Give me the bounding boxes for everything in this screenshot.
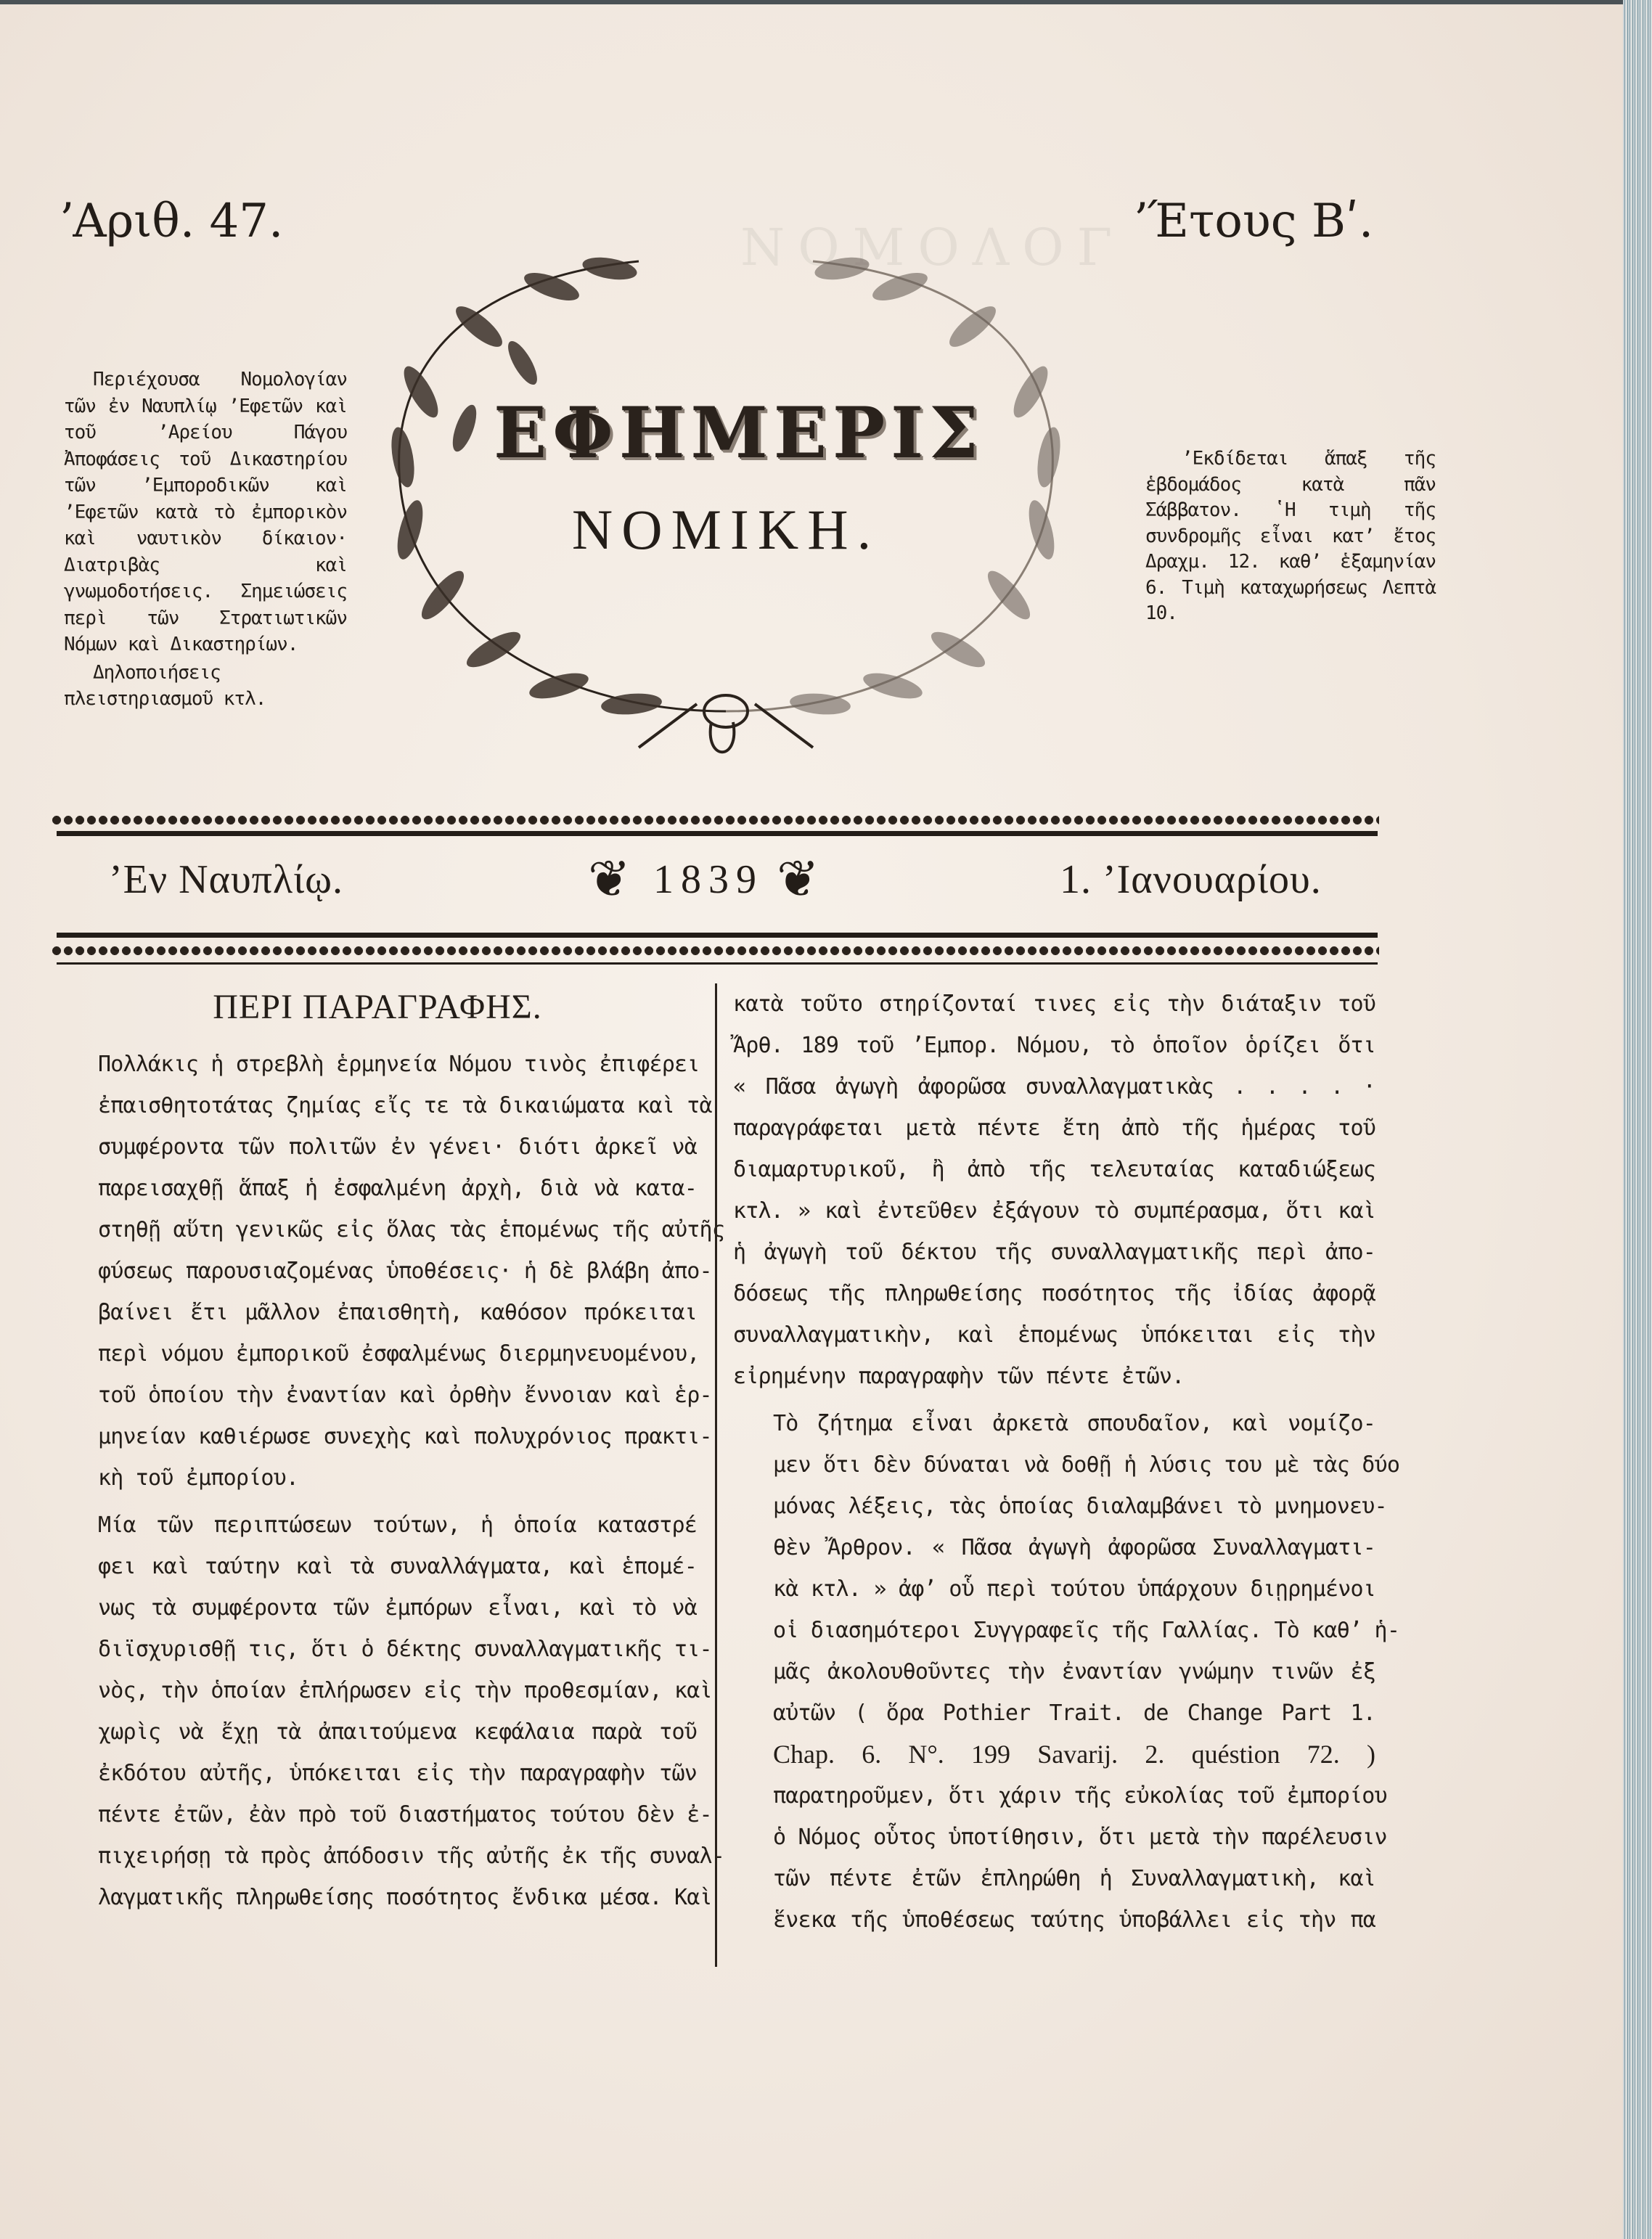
ornamental-rule-top-dots [51,811,1379,829]
text-line: πέντε ἐτῶν, ἐὰν πρὸ τοῦ διαστήματος τούτ… [58,1794,697,1835]
text-line: συμφέροντα τῶν πολιτῶν ἐν γένει· διότι ἀ… [58,1126,697,1168]
text-line: αὐτῶν ( ὅρα Pothier Trait. de Change Par… [733,1692,1375,1734]
text-line: κὰ κτλ. » ἀφʼ οὗ περὶ τούτου ὑπάρχουν δι… [733,1568,1375,1610]
text-line: μεν ὅτι δὲν δύναται νὰ δοθῇ ἡ λύσις του … [733,1444,1375,1486]
column-divider [715,983,717,1967]
subscription-note: ʼΕκδίδεται ἅπαξ τῆς ἑβδομάδος κατὰ πᾶν Σ… [1145,446,1436,627]
left-column: Πολλάκις ἡ στρεβλὴ ἑρμηνεία Νόμου τινὸς … [58,1044,697,1918]
issue-number: ʼΑριθ. 47. [58,195,283,248]
text-line: κτλ. » καὶ ἐντεῦθεν ἐξάγουν τὸ συμπέρασμ… [733,1190,1375,1232]
laurel-wreath-icon [334,210,1118,777]
masthead-subtitle: ΝΟΜΙΚΗ. [494,497,958,562]
masthead-title: ΕΦΗΜΕΡΙΣ [494,392,958,474]
fleuron-left-icon: ❦ [588,849,631,909]
ornamental-rule-bottom-dots [51,942,1379,959]
text-line: μηνείαν καθιέρωσε συνεχὴς καὶ πολυχρόνιο… [58,1416,697,1457]
text-line: νως τὰ συμφέροντα τῶν ἐμπόρων εἶναι, καὶ… [58,1587,697,1629]
text-line: κατὰ τοῦτο στηρίζονταί τινες εἰς τὴν διά… [733,983,1375,1025]
fleuron-right-icon: ❦ [777,849,819,909]
text-line: οἱ διασημότεροι Συγγραφεῖς τῆς Γαλλίας. … [733,1610,1375,1651]
text-line: « Πᾶσα ἀγωγὴ ἀφορῶσα συναλλαγματικὰς . .… [733,1066,1375,1108]
text-line: βαίνει ἔτι μᾶλλον ἐπαισθητὴ, καθόσον πρό… [58,1292,697,1333]
contents-note-auctions: Δηλοποιήσεις πλειστηριασμοῦ κτλ. [64,660,347,713]
paragraph: κατὰ τοῦτο στηρίζονταί τινες εἰς τὴν διά… [733,983,1375,1397]
contents-note-body: Περιέχουσα Νομολογίαν τῶν ἐν Ναυπλίῳ ʼΕφ… [64,367,347,658]
text-line: παραγράφεται μετὰ πέντε ἔτη ἀπὸ τῆς ἡμέρ… [733,1108,1375,1149]
page-stack-edge [1623,0,1652,2239]
text-line: στηθῇ αὕτη γενικῶς εἰς ὅλας τὰς ἑπομένως… [58,1209,697,1251]
text-line: μᾶς ἀκολουθοῦντες τὴν ἐναντίαν γνώμην τι… [733,1651,1375,1692]
text-line: ὁ Νόμος οὗτος ὑποτίθησιν, ὅτι μετὰ τὴν π… [733,1817,1375,1858]
dateline-date: 1. ʼΙανουαρίου. [1060,856,1322,903]
newspaper-page: ΝΟΜΟΛΟΓ ʼΑριθ. 47. ʼΈτους Βʹ. Περιέχουσα… [0,0,1623,2239]
book-top-edge [0,0,1652,4]
text-line: χωρὶς νὰ ἔχῃ τὰ ἀπαιτούμενα κεφάλαια παρ… [58,1711,697,1753]
text-line: ἐπαισθητοτάτας ζημίας εἴς τε τὰ δικαιώμα… [58,1085,697,1126]
text-line: Μία τῶν περιπτώσεων τούτων, ἡ ὁποία κατα… [58,1505,697,1546]
text-line: ἕνεκα τῆς ὑποθέσεως ταύτης ὑποβάλλει εἰς… [733,1899,1375,1941]
text-line: τοῦ ὁποίου τὴν ἐναντίαν καὶ ὀρθὴν ἔννοια… [58,1375,697,1416]
text-line: ἐκδότου αὐτῆς, ὑπόκειται εἰς τὴν παραγρα… [58,1753,697,1794]
dateline-place: ʼΕν Ναυπλίῳ. [109,856,343,903]
rule-bottom [57,933,1378,938]
right-column: κατὰ τοῦτο στηρίζονταί τινες εἰς τὴν διά… [733,983,1375,1941]
text-line: Πολλάκις ἡ στρεβλὴ ἑρμηνεία Νόμου τινὸς … [58,1044,697,1085]
text-line: συναλλαγματικὴν, καὶ ἑπομένως ὑπόκειται … [733,1314,1375,1356]
text-line: διαμαρτυρικοῦ, ἢ ἀπὸ τῆς τελευταίας κατα… [733,1149,1375,1190]
text-line: νὸς, τὴν ὁποίαν ἐπλήρωσεν εἰς τὴν προθεσ… [58,1670,697,1711]
text-line: πιχειρήσῃ τὰ πρὸς ἀπόδοσιν τῆς αὐτῆς ἐκ … [58,1835,697,1877]
text-line: θὲν Ἄρθρον. « Πᾶσα ἀγωγὴ ἀφορῶσα Συναλλα… [733,1527,1375,1568]
text-line: Τὸ ζήτημα εἶναι ἀρκετὰ σπουδαῖον, καὶ νο… [733,1403,1375,1444]
text-line: Ἄρθ. 189 τοῦ ʼΕμπορ. Νόμου, τὸ ὁποῖον ὁρ… [733,1025,1375,1066]
text-line: κὴ τοῦ ἐμπορίου. [58,1457,697,1499]
article-title: ΠΕΡΙ ΠΑΡΑΓΡΑΦΗΣ. [58,987,697,1027]
rule-top [57,831,1378,836]
dateline-year: 1839 [653,856,764,903]
rule-bottom-thin [57,962,1378,965]
text-line: δόσεως τῆς πληρωθείσης ποσότητος τῆς ἰδί… [733,1273,1375,1314]
text-line: διϊσχυρισθῇ τις, ὅτι ὁ δέκτης συναλλαγμα… [58,1629,697,1670]
text-line: λαγματικῆς πληρωθείσης ποσότητος ἔνδικα … [58,1877,697,1918]
text-line: ἡ ἀγωγὴ τοῦ δέκτου τῆς συναλλαγματικῆς π… [733,1232,1375,1273]
paragraph: Μία τῶν περιπτώσεων τούτων, ἡ ὁποία κατα… [58,1505,697,1918]
text-line: παρατηροῦμεν, ὅτι χάριν τῆς εὐκολίας τοῦ… [733,1775,1375,1817]
text-line: φει καὶ ταύτην καὶ τὰ συναλλάγματα, καὶ … [58,1546,697,1587]
publication-year: ʼΈτους Βʹ. [1132,195,1373,248]
ribbon-bow [639,695,813,752]
text-line: παρεισαχθῇ ἅπαξ ἡ ἐσφαλμένη ἀρχὴ, διὰ νὰ… [58,1168,697,1209]
text-line: εἰρημένην παραγραφὴν τῶν πέντε ἐτῶν. [733,1356,1375,1397]
text-line: μόνας λέξεις, τὰς ὁποίας διαλαμβάνει τὸ … [733,1486,1375,1527]
paragraph: Πολλάκις ἡ στρεβλὴ ἑρμηνεία Νόμου τινὸς … [58,1044,697,1499]
citation-line: Chap. 6. N°. 199 Savarij. 2. quéstion 72… [733,1734,1375,1775]
text-line: περὶ νόμου ἐμπορικοῦ ἐσφαλμένως διερμηνε… [58,1333,697,1375]
text-line: τῶν πέντε ἐτῶν ἐπληρώθη ἡ Συναλλαγματικὴ… [733,1858,1375,1899]
text-line: φύσεως παρουσιαζομένας ὑποθέσεις· ἡ δὲ β… [58,1251,697,1292]
paragraph: Τὸ ζήτημα εἶναι ἀρκετὰ σπουδαῖον, καὶ νο… [733,1403,1375,1941]
contents-note: Περιέχουσα Νομολογίαν τῶν ἐν Ναυπλίῳ ʼΕφ… [64,367,347,713]
